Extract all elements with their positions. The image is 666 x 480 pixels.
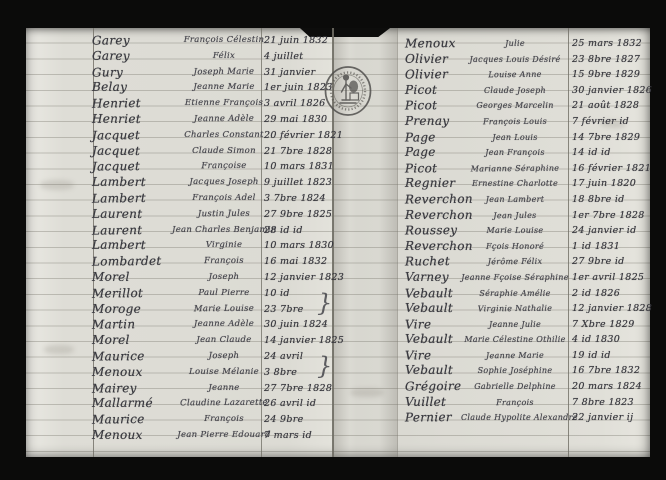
ditto-brace: } bbox=[317, 352, 332, 380]
date-cell: 24 janvier id bbox=[572, 223, 646, 239]
date-cell: 14 janvier 1825 bbox=[264, 333, 333, 349]
given-names-cell: François bbox=[172, 254, 276, 271]
left-page-entries: Garey François Célestin 21 juin 1832 Gar… bbox=[26, 33, 333, 444]
register-row: Picot Marianne Séraphine 16 février 1821 bbox=[397, 161, 650, 177]
register-row: Page Jean François 14 id id bbox=[397, 145, 650, 161]
given-names-cell: François bbox=[172, 412, 276, 428]
register-row: Moroge Marie Louise 23 7bre bbox=[26, 302, 333, 318]
register-row: Morel Jean Claude 14 janvier 1825 bbox=[26, 333, 333, 349]
register-row: Grégoire Gabrielle Delphine 20 mars 1824 bbox=[397, 379, 650, 395]
register-row: Regnier Ernestine Charlotte 17 juin 1820 bbox=[397, 176, 650, 192]
register-row: Menoux Jean Pierre Edouard 7 mars id bbox=[26, 428, 333, 444]
given-names-cell: Joseph bbox=[172, 270, 276, 286]
given-names-cell: Jeanne Julie bbox=[461, 317, 569, 333]
register-row: Henriet Jeanne Adèle 29 mai 1830 bbox=[26, 112, 333, 128]
given-names-cell: Claude Simon bbox=[172, 144, 276, 160]
date-cell: 19 id id bbox=[572, 348, 646, 364]
register-row: Vebault Sophie Joséphine 16 7bre 1832 bbox=[397, 363, 650, 379]
date-cell: 17 juin 1820 bbox=[572, 176, 646, 192]
given-names-cell: François Adel bbox=[172, 191, 276, 207]
given-names-cell: Claudine Lazarette bbox=[172, 396, 276, 413]
given-names-cell: Virginie Nathalie bbox=[461, 301, 569, 318]
date-cell: 10 mars 1831 bbox=[264, 159, 333, 175]
given-names-cell: Jean Pierre Edouard bbox=[172, 428, 276, 444]
register-row: Maurice Joseph 24 avril bbox=[26, 349, 333, 365]
date-cell: 14 7bre 1829 bbox=[572, 130, 646, 146]
given-names-cell: Jeanne Marie bbox=[461, 347, 569, 364]
given-names-cell: Virginie bbox=[172, 238, 276, 254]
register-row: Vebault Virginie Nathalie 12 janvier 182… bbox=[397, 301, 650, 317]
given-names-cell: Marie Louise bbox=[461, 223, 569, 239]
date-cell: 24 9bre bbox=[264, 412, 333, 428]
date-cell: 23 8bre 1827 bbox=[572, 52, 646, 68]
given-names-cell: Jean Lambert bbox=[461, 192, 569, 208]
register-row: Gury Joseph Marie 31 janvier bbox=[26, 65, 333, 81]
date-cell: 15 9bre 1829 bbox=[572, 67, 646, 83]
date-cell: 27 7bre 1828 bbox=[264, 381, 333, 397]
register-row: Mallarmé Claudine Lazarette 26 avril id bbox=[26, 396, 333, 412]
register-row: Olivier Jacques Louis Désiré 23 8bre 182… bbox=[397, 52, 650, 68]
register-row: Olivier Louise Anne 15 9bre 1829 bbox=[397, 67, 650, 83]
given-names-cell: Charles Constant bbox=[172, 128, 276, 144]
register-row: Lambert Virginie 10 mars 1830 bbox=[26, 238, 333, 254]
register-row: Merillot Paul Pierre 10 id bbox=[26, 286, 333, 302]
date-cell: 7 Xbre 1829 bbox=[572, 317, 646, 333]
given-names-cell: Georges Marcelin bbox=[461, 98, 569, 114]
given-names-cell: Jeanne Fçoise Séraphine bbox=[461, 270, 569, 286]
given-names-cell: Etienne François bbox=[172, 96, 276, 112]
register-row: Mairey Jeanne 27 7bre 1828 bbox=[26, 381, 333, 397]
date-cell: 21 juin 1832 bbox=[264, 33, 333, 49]
register-row: Jacquet Françoise 10 mars 1831 bbox=[26, 159, 333, 175]
date-cell: 16 7bre 1832 bbox=[572, 363, 646, 379]
register-row: Morel Joseph 12 janvier 1823 bbox=[26, 270, 333, 286]
register-row: Reverchon Jean Lambert 18 8bre id bbox=[397, 192, 650, 208]
register-row: Laurent Justin Jules 27 9bre 1825 bbox=[26, 207, 333, 223]
given-names-cell: Louise Mélanie bbox=[172, 365, 276, 381]
register-row: Vebault Séraphie Amélie 2 id 1826 bbox=[397, 286, 650, 302]
date-cell: 1 id 1831 bbox=[572, 239, 646, 255]
register-row: Reverchon Jean Jules 1er 7bre 1828 bbox=[397, 208, 650, 224]
circular-ink-stamp bbox=[322, 62, 374, 120]
register-row: Jacquet Charles Constant 20 février 1821 bbox=[26, 128, 333, 144]
date-cell: 26 avril id bbox=[264, 396, 333, 412]
given-names-cell: Marianne Séraphine bbox=[461, 160, 569, 177]
given-names-cell: Françoise bbox=[172, 159, 276, 176]
given-names-cell: Jean Louis bbox=[461, 130, 569, 146]
right-page-entries: Menoux Julie 25 mars 1832 Olivier Jacque… bbox=[397, 36, 650, 426]
date-cell: 18 8bre id bbox=[572, 192, 646, 208]
date-cell: 12 janvier 1823 bbox=[264, 270, 333, 286]
date-cell: 2 id 1826 bbox=[572, 286, 646, 302]
scanned-register-spread: Garey François Célestin 21 juin 1832 Gar… bbox=[0, 0, 666, 480]
given-names-cell: François Célestin bbox=[172, 33, 276, 49]
date-cell: 1er avril 1825 bbox=[572, 270, 646, 286]
register-row: Menoux Julie 25 mars 1832 bbox=[397, 36, 650, 52]
date-cell: 21 août 1828 bbox=[572, 98, 646, 114]
register-row: Varney Jeanne Fçoise Séraphine 1er avril… bbox=[397, 270, 650, 286]
given-names-cell: Louise Anne bbox=[461, 67, 569, 84]
register-row: Reverchon Fçois Honoré 1 id 1831 bbox=[397, 239, 650, 255]
given-names-cell: Gabrielle Delphine bbox=[461, 379, 569, 395]
given-names-cell: Ernestine Charlotte bbox=[461, 176, 569, 192]
given-names-cell: Justin Jules bbox=[172, 206, 276, 223]
register-row: Henriet Etienne François 3 avril 1826 bbox=[26, 96, 333, 112]
given-names-cell: Julie bbox=[461, 36, 569, 52]
date-cell: 16 février 1821 bbox=[572, 161, 646, 177]
date-cell: 1er 7bre 1828 bbox=[572, 208, 646, 224]
date-cell: 27 9bre id bbox=[572, 254, 646, 270]
given-names-cell: Jeanne Adèle bbox=[172, 112, 276, 129]
given-names-cell: Jacques Louis Désiré bbox=[461, 52, 569, 68]
ink-bleed-smudge bbox=[350, 388, 384, 397]
register-row: Picot Georges Marcelin 21 août 1828 bbox=[397, 98, 650, 114]
date-cell: 22 janvier ij bbox=[572, 410, 646, 426]
date-cell: 7 février id bbox=[572, 114, 646, 130]
date-cell: 3 7bre 1824 bbox=[264, 191, 333, 207]
register-row: Roussey Marie Louise 24 janvier id bbox=[397, 223, 650, 239]
register-row: Vebault Marie Célestine Othilie 4 id 183… bbox=[397, 332, 650, 348]
register-row: Martin Jeanne Adèle 30 juin 1824 bbox=[26, 317, 333, 333]
register-row: Jacquet Claude Simon 21 7bre 1828 bbox=[26, 144, 333, 160]
given-names-cell: Séraphie Amélie bbox=[461, 286, 569, 302]
date-cell: 20 mars 1824 bbox=[572, 379, 646, 395]
register-row: Vuillet François 7 8bre 1823 bbox=[397, 395, 650, 411]
given-names-cell: François Louis bbox=[461, 113, 569, 130]
register-row: Ruchet Jérôme Félix 27 9bre id bbox=[397, 254, 650, 270]
date-cell: 10 mars 1830 bbox=[264, 238, 333, 254]
given-names-cell: Jeanne bbox=[172, 381, 276, 397]
register-row: Garey Félix 4 juillet bbox=[26, 49, 333, 65]
date-cell: 7 8bre 1823 bbox=[572, 395, 646, 411]
given-names-cell: Jacques Joseph bbox=[172, 175, 276, 191]
given-names-cell: Jérôme Félix bbox=[461, 254, 569, 271]
given-names-cell: Félix bbox=[172, 49, 276, 65]
register-row: Laurent Jean Charles Benjamin 28 id id bbox=[26, 223, 333, 239]
register-row: Page Jean Louis 14 7bre 1829 bbox=[397, 130, 650, 146]
date-cell: 30 janvier 1826 bbox=[572, 83, 646, 99]
date-cell: 28 id id bbox=[264, 223, 333, 239]
register-row: Vire Jeanne Julie 7 Xbre 1829 bbox=[397, 317, 650, 333]
given-names-cell: Paul Pierre bbox=[172, 286, 276, 302]
given-names-cell: Claude Joseph bbox=[461, 83, 569, 99]
date-cell: 16 mai 1832 bbox=[264, 254, 333, 270]
register-row: Picot Claude Joseph 30 janvier 1826 bbox=[397, 83, 650, 99]
register-row: Pernier Claude Hypolite Alexandre 22 jan… bbox=[397, 410, 650, 426]
date-cell: 27 9bre 1825 bbox=[264, 207, 333, 223]
given-names-cell: Joseph bbox=[172, 348, 276, 365]
given-names-cell: Fçois Honoré bbox=[461, 239, 569, 255]
register-row: Lambert Jacques Joseph 9 juillet 1823 bbox=[26, 175, 333, 191]
given-names-cell: Jean Claude bbox=[172, 333, 276, 349]
given-names-cell: François bbox=[461, 394, 569, 411]
date-cell: 21 7bre 1828 bbox=[264, 144, 333, 160]
date-cell: 20 février 1821 bbox=[264, 128, 333, 144]
register-row: Lambert François Adel 3 7bre 1824 bbox=[26, 191, 333, 207]
register-row: Garey François Célestin 21 juin 1832 bbox=[26, 33, 333, 49]
given-names-cell: Marie Louise bbox=[172, 301, 276, 318]
given-names-cell: Claude Hypolite Alexandre bbox=[461, 410, 569, 426]
date-cell: 9 juillet 1823 bbox=[264, 175, 333, 191]
register-row: Vire Jeanne Marie 19 id id bbox=[397, 348, 650, 364]
date-cell: 7 mars id bbox=[264, 428, 333, 444]
given-names-cell: Jean Charles Benjamin bbox=[172, 223, 276, 239]
date-cell: 25 mars 1832 bbox=[572, 36, 646, 52]
register-row: Menoux Louise Mélanie 3 8bre bbox=[26, 365, 333, 381]
given-names-cell: Sophie Joséphine bbox=[461, 363, 569, 379]
register-row: Maurice François 24 9bre bbox=[26, 412, 333, 428]
ditto-brace: } bbox=[317, 289, 332, 317]
given-names-cell: Marie Célestine Othilie bbox=[461, 332, 569, 348]
given-names-cell: Jean Jules bbox=[461, 207, 569, 224]
date-cell: 4 id 1830 bbox=[572, 332, 646, 348]
date-cell: 14 id id bbox=[572, 145, 646, 161]
date-cell: 12 janvier 1828 bbox=[572, 301, 646, 317]
given-names-cell: Jeanne Adèle bbox=[172, 317, 276, 333]
given-names-cell: Jeanne Marie bbox=[172, 80, 276, 96]
date-cell: 30 juin 1824 bbox=[264, 317, 333, 333]
register-row: Belay Jeanne Marie 1er juin 1823 bbox=[26, 80, 333, 96]
given-names-cell: Joseph Marie bbox=[172, 64, 276, 81]
given-names-cell: Jean François bbox=[461, 145, 569, 161]
register-row: Lombardet François 16 mai 1832 bbox=[26, 254, 333, 270]
register-row: Prenay François Louis 7 février id bbox=[397, 114, 650, 130]
